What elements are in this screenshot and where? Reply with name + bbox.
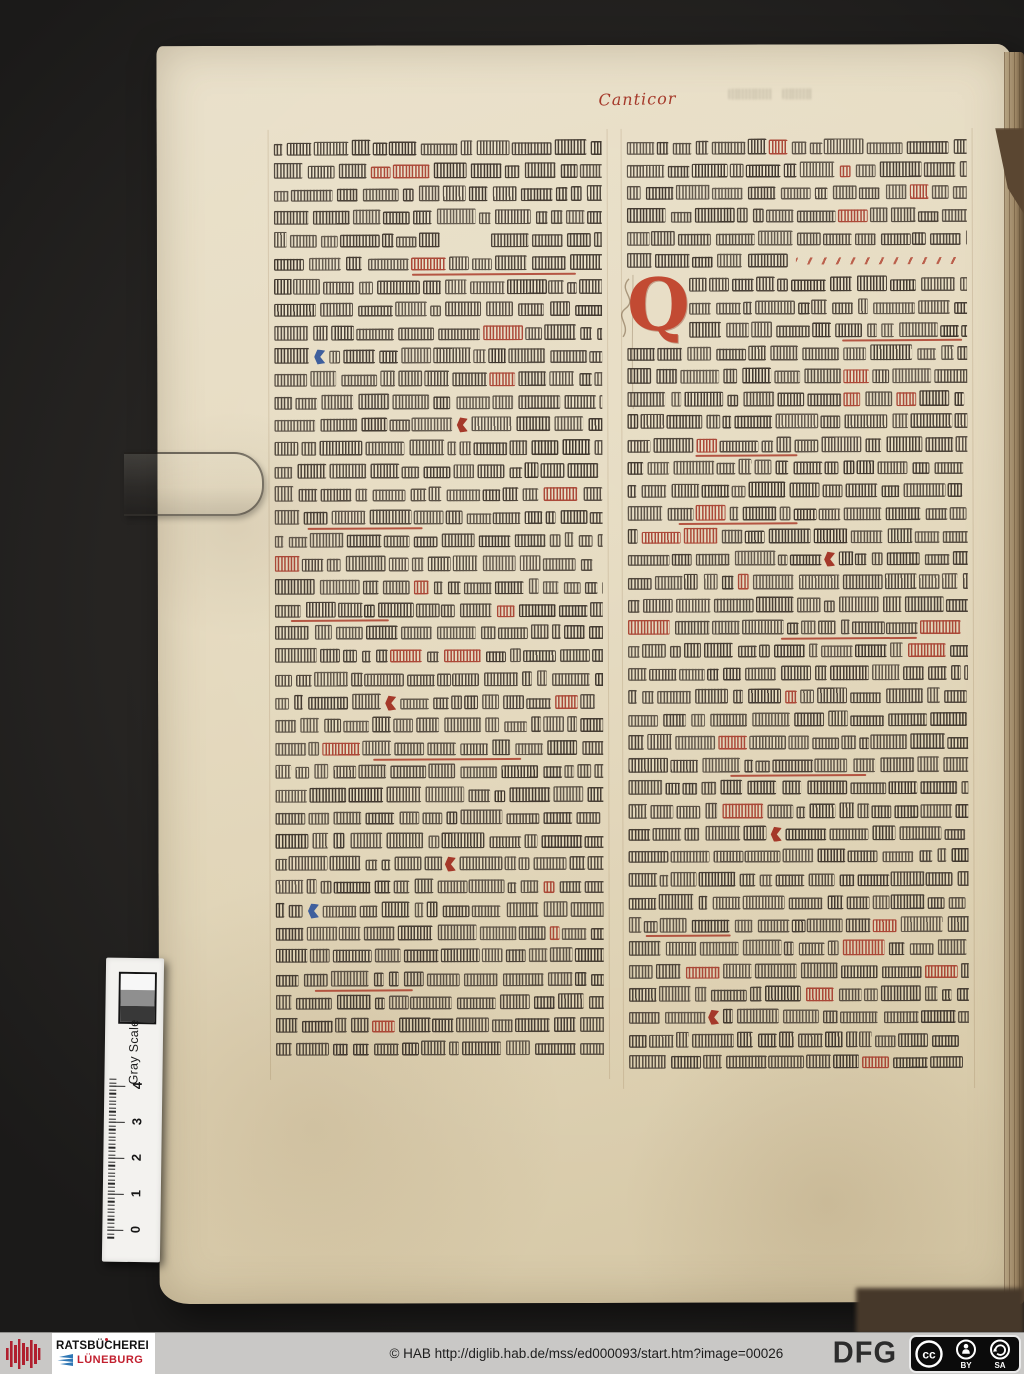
word-blob	[691, 920, 729, 933]
word-blob	[873, 302, 915, 315]
word-blob	[840, 875, 855, 887]
text-line	[275, 508, 603, 532]
word-blob	[342, 649, 357, 663]
word-blob	[414, 879, 433, 894]
word-blob	[689, 322, 721, 338]
word-blob	[433, 697, 449, 709]
word-blob	[758, 230, 793, 246]
word-blob	[886, 688, 923, 703]
paragraph-mark	[314, 349, 325, 364]
word-blob	[559, 881, 582, 893]
word-blob	[333, 833, 345, 849]
word-blob	[492, 740, 511, 756]
word-blob	[890, 642, 902, 658]
word-blob	[950, 507, 967, 520]
word-blob	[428, 763, 455, 779]
word-blob	[753, 575, 794, 589]
word-blob	[694, 207, 734, 223]
word-blob	[411, 489, 427, 502]
word-blob	[486, 651, 507, 663]
word-blob	[543, 766, 562, 778]
ruler-tick	[108, 1205, 115, 1206]
word-blob	[323, 906, 357, 918]
ruler-tick	[107, 1219, 114, 1220]
word-blob	[428, 835, 440, 848]
word-blob	[363, 741, 391, 756]
word-blob	[532, 234, 563, 247]
word-blob	[312, 211, 349, 225]
word-blob	[815, 188, 828, 200]
word-blob	[711, 990, 747, 1002]
text-line	[627, 367, 967, 391]
word-blob	[400, 812, 420, 825]
word-blob	[561, 164, 578, 178]
word-blob	[820, 415, 840, 428]
word-blob	[867, 323, 878, 337]
word-blob	[844, 348, 867, 361]
word-blob	[320, 489, 351, 502]
word-blob	[740, 873, 755, 887]
word-blob	[954, 302, 967, 314]
word-blob	[346, 257, 363, 271]
word-blob	[548, 280, 564, 293]
word-blob	[797, 232, 821, 245]
word-blob	[800, 962, 837, 978]
word-blob	[706, 415, 720, 429]
word-blob	[580, 1043, 604, 1055]
word-blob	[320, 302, 353, 317]
word-blob	[954, 413, 967, 428]
word-blob	[597, 328, 602, 340]
word-blob	[714, 598, 754, 612]
word-blob	[556, 187, 568, 202]
word-blob	[493, 512, 521, 524]
ruler-tick	[108, 1147, 115, 1148]
text-line	[276, 947, 604, 971]
word-blob	[923, 162, 955, 177]
word-blob	[925, 437, 953, 451]
word-blob	[873, 825, 895, 840]
word-blob	[577, 812, 600, 825]
word-blob	[392, 164, 429, 178]
word-blob	[274, 211, 309, 225]
word-blob	[589, 626, 603, 639]
word-blob	[589, 996, 604, 1009]
word-blob	[363, 188, 399, 201]
word-blob	[570, 902, 603, 917]
word-blob	[549, 534, 560, 547]
word-blob	[744, 759, 753, 772]
word-blob	[839, 596, 879, 612]
word-blob	[554, 416, 583, 431]
word-blob	[434, 347, 471, 363]
word-blob	[375, 948, 400, 962]
ruler-tick	[108, 1154, 115, 1155]
word-blob	[335, 1018, 348, 1033]
word-blob	[955, 803, 969, 817]
word-blob	[712, 621, 740, 635]
word-blob	[590, 927, 603, 940]
word-blob	[389, 972, 399, 987]
gray-swatch	[121, 974, 155, 990]
word-blob	[471, 905, 501, 917]
word-blob	[846, 1031, 858, 1047]
umlaut-flame-dot	[105, 1338, 108, 1341]
word-blob	[917, 348, 936, 360]
word-blob	[744, 825, 766, 841]
ruler-tick	[107, 1230, 123, 1232]
word-blob	[722, 529, 743, 543]
word-blob	[713, 897, 741, 910]
word-blob	[594, 764, 603, 778]
word-blob	[797, 598, 821, 612]
word-blob	[666, 414, 702, 428]
word-blob	[412, 557, 424, 571]
ruler-tick	[109, 1118, 116, 1119]
waves-icon	[56, 1353, 74, 1367]
word-blob	[747, 139, 766, 155]
word-blob	[524, 162, 555, 178]
word-blob	[583, 487, 602, 501]
word-blob	[427, 743, 456, 756]
word-blob	[799, 942, 825, 955]
ruler-tick	[109, 1140, 116, 1141]
word-blob	[379, 351, 398, 363]
word-blob	[329, 463, 366, 479]
word-blob	[827, 940, 838, 955]
word-blob	[695, 505, 726, 521]
word-blob	[680, 370, 719, 384]
text-line	[629, 985, 969, 1009]
word-blob	[495, 210, 531, 225]
word-blob	[821, 645, 853, 657]
word-blob	[737, 574, 748, 589]
word-blob	[921, 277, 956, 291]
word-blob	[659, 986, 692, 1002]
word-blob	[779, 1032, 794, 1048]
word-blob	[628, 529, 638, 544]
word-blob	[856, 165, 877, 177]
word-blob	[955, 392, 965, 405]
word-blob	[813, 529, 847, 544]
word-blob	[468, 789, 491, 802]
word-blob	[361, 417, 387, 431]
word-blob	[309, 949, 329, 963]
ruler-tick	[109, 1093, 116, 1094]
word-blob	[516, 743, 543, 755]
word-blob	[818, 621, 836, 635]
word-blob	[684, 392, 723, 407]
ruling-line	[972, 128, 976, 1088]
text-line	[275, 601, 603, 625]
word-blob	[302, 1021, 333, 1033]
word-blob	[275, 675, 292, 687]
word-blob	[925, 965, 958, 977]
word-blob	[580, 559, 592, 571]
word-blob	[407, 674, 435, 686]
word-blob	[551, 211, 564, 225]
word-blob	[938, 939, 967, 955]
word-blob	[423, 281, 441, 294]
word-blob	[308, 696, 347, 710]
word-blob	[628, 829, 650, 842]
word-blob	[550, 926, 560, 940]
word-blob	[934, 462, 964, 474]
text-line	[274, 185, 602, 209]
word-blob	[365, 442, 404, 456]
word-blob	[398, 327, 435, 340]
word-blob	[296, 675, 311, 687]
word-blob	[309, 258, 342, 271]
word-blob	[628, 554, 670, 566]
word-blob	[550, 302, 571, 317]
word-blob	[580, 164, 602, 178]
word-blob	[851, 531, 883, 543]
library-name-line2: LÜNEBURG	[56, 1353, 149, 1367]
word-blob	[883, 1011, 919, 1023]
word-blob	[743, 302, 752, 315]
ruler-tick	[108, 1208, 115, 1209]
word-blob	[859, 1031, 872, 1047]
word-blob	[481, 626, 496, 639]
word-blob	[748, 253, 788, 267]
word-blob	[461, 743, 489, 755]
word-blob	[493, 187, 517, 202]
word-blob	[848, 850, 878, 862]
word-blob	[309, 788, 346, 802]
word-blob	[519, 926, 546, 940]
word-blob	[799, 574, 840, 589]
paragraph-mark	[457, 418, 468, 433]
word-blob	[658, 894, 694, 910]
word-blob	[905, 596, 944, 612]
word-blob	[449, 1041, 459, 1055]
word-blob	[518, 857, 529, 870]
word-blob	[479, 926, 516, 940]
word-blob	[510, 441, 528, 456]
word-blob	[331, 971, 369, 987]
text-line	[629, 1008, 969, 1032]
word-blob	[504, 695, 524, 709]
word-blob	[531, 717, 542, 733]
word-blob	[564, 395, 596, 409]
word-blob	[275, 509, 300, 525]
word-blob	[755, 760, 770, 772]
book-gutter-page-edges	[1004, 52, 1024, 1304]
ruler-tick	[108, 1201, 115, 1202]
word-blob	[840, 619, 849, 634]
word-blob	[958, 870, 969, 886]
word-blob	[516, 416, 550, 431]
word-blob	[300, 718, 320, 733]
copyright-url-text: © HAB http://diglib.hab.de/mss/ed000093/…	[155, 1346, 833, 1361]
red-line-filler	[796, 257, 957, 264]
ruler-tick	[109, 1082, 116, 1083]
text-line	[274, 231, 602, 255]
word-blob	[768, 1055, 804, 1069]
word-blob	[588, 856, 604, 870]
word-blob	[682, 782, 697, 794]
word-blob	[332, 1044, 348, 1056]
word-blob	[411, 258, 446, 271]
word-blob	[716, 303, 742, 315]
word-blob	[578, 535, 592, 548]
word-blob	[786, 829, 827, 841]
red-underline	[646, 935, 731, 937]
word-blob	[765, 985, 801, 1001]
ruler-tick	[108, 1179, 115, 1180]
word-blob	[461, 809, 502, 825]
word-blob	[791, 280, 826, 292]
word-blob	[289, 536, 307, 548]
word-blob	[737, 208, 748, 224]
ruler-tick	[108, 1176, 115, 1177]
word-blob	[580, 694, 595, 710]
word-blob	[814, 758, 847, 772]
word-blob	[288, 905, 303, 918]
word-blob	[755, 301, 795, 315]
manuscript-page: Canticor Q	[156, 44, 1015, 1304]
word-blob	[389, 141, 417, 155]
word-blob	[591, 974, 604, 986]
text-line	[275, 624, 603, 648]
word-blob	[380, 371, 394, 386]
word-blob	[628, 485, 637, 498]
word-blob	[651, 231, 675, 246]
word-blob	[842, 939, 884, 955]
ruler-tick	[109, 1115, 116, 1116]
word-blob	[959, 161, 966, 176]
word-blob	[742, 620, 784, 635]
ruler-tick	[108, 1194, 124, 1196]
word-blob	[918, 300, 950, 314]
word-blob	[642, 643, 665, 658]
word-blob	[758, 1033, 778, 1047]
word-blob	[675, 735, 715, 749]
word-blob	[953, 186, 967, 200]
word-blob	[531, 624, 549, 639]
text-line	[628, 596, 968, 620]
text-line	[627, 230, 967, 254]
red-bars-icon	[4, 1336, 46, 1372]
word-blob	[653, 828, 681, 842]
word-blob	[353, 1043, 369, 1055]
word-blob	[476, 140, 509, 155]
word-blob	[859, 187, 880, 199]
word-blob	[508, 348, 545, 363]
ruler-tick	[108, 1158, 124, 1160]
word-blob	[891, 871, 924, 887]
word-blob	[953, 139, 966, 154]
word-blob	[785, 691, 797, 704]
text-line	[276, 1017, 604, 1041]
word-blob	[537, 670, 547, 686]
word-blob	[798, 302, 810, 314]
word-blob	[275, 579, 315, 594]
word-blob	[841, 735, 856, 749]
word-blob	[727, 395, 739, 407]
word-blob	[339, 927, 360, 941]
word-blob	[629, 1012, 660, 1024]
word-blob	[791, 141, 806, 154]
text-line	[275, 739, 603, 763]
red-underline	[679, 523, 798, 526]
text-line	[627, 184, 967, 208]
word-blob	[855, 644, 887, 658]
word-blob	[293, 279, 320, 294]
ruler-tick	[109, 1136, 116, 1137]
word-blob	[695, 140, 708, 154]
word-blob	[402, 189, 414, 202]
word-blob	[296, 767, 310, 779]
word-blob	[883, 596, 902, 612]
word-blob	[584, 881, 603, 894]
word-blob	[313, 326, 327, 340]
word-blob	[378, 603, 414, 617]
word-blob	[275, 859, 287, 871]
word-blob	[321, 236, 338, 248]
word-blob	[589, 418, 603, 431]
text-line	[628, 504, 968, 528]
word-blob	[893, 1057, 928, 1069]
word-blob	[343, 350, 375, 363]
word-blob	[290, 190, 332, 202]
word-blob	[402, 466, 420, 478]
word-blob	[447, 489, 481, 502]
word-blob	[756, 597, 795, 612]
word-blob	[703, 574, 717, 590]
word-blob	[756, 276, 775, 292]
word-blob	[452, 674, 479, 687]
word-blob	[644, 921, 658, 933]
word-blob	[482, 948, 502, 962]
word-blob	[532, 256, 567, 270]
word-blob	[445, 302, 481, 317]
word-blob	[498, 627, 528, 639]
word-blob	[430, 305, 441, 317]
word-blob	[558, 605, 588, 617]
word-blob	[668, 507, 694, 520]
word-blob	[676, 185, 710, 200]
word-blob	[588, 787, 604, 801]
word-blob	[716, 234, 755, 246]
word-blob	[743, 392, 774, 407]
word-blob	[371, 166, 391, 179]
word-blob	[339, 163, 367, 178]
word-blob	[777, 279, 789, 292]
red-underline	[412, 273, 576, 276]
word-blob	[274, 278, 292, 294]
word-blob	[510, 467, 523, 479]
word-blob	[523, 651, 556, 663]
word-blob	[365, 813, 394, 825]
text-line	[275, 485, 603, 509]
ruler-tick	[109, 1086, 125, 1088]
word-blob	[570, 254, 602, 270]
text-line	[276, 901, 604, 925]
word-blob	[753, 208, 764, 223]
word-blob	[844, 460, 855, 475]
word-blob	[529, 948, 548, 961]
word-blob	[698, 896, 707, 910]
word-blob	[786, 623, 798, 635]
word-blob	[873, 369, 889, 383]
word-blob	[806, 1055, 831, 1069]
word-blob	[401, 626, 432, 639]
ruler-tick	[109, 1089, 116, 1090]
word-blob	[798, 1034, 823, 1047]
text-line	[276, 1040, 604, 1064]
